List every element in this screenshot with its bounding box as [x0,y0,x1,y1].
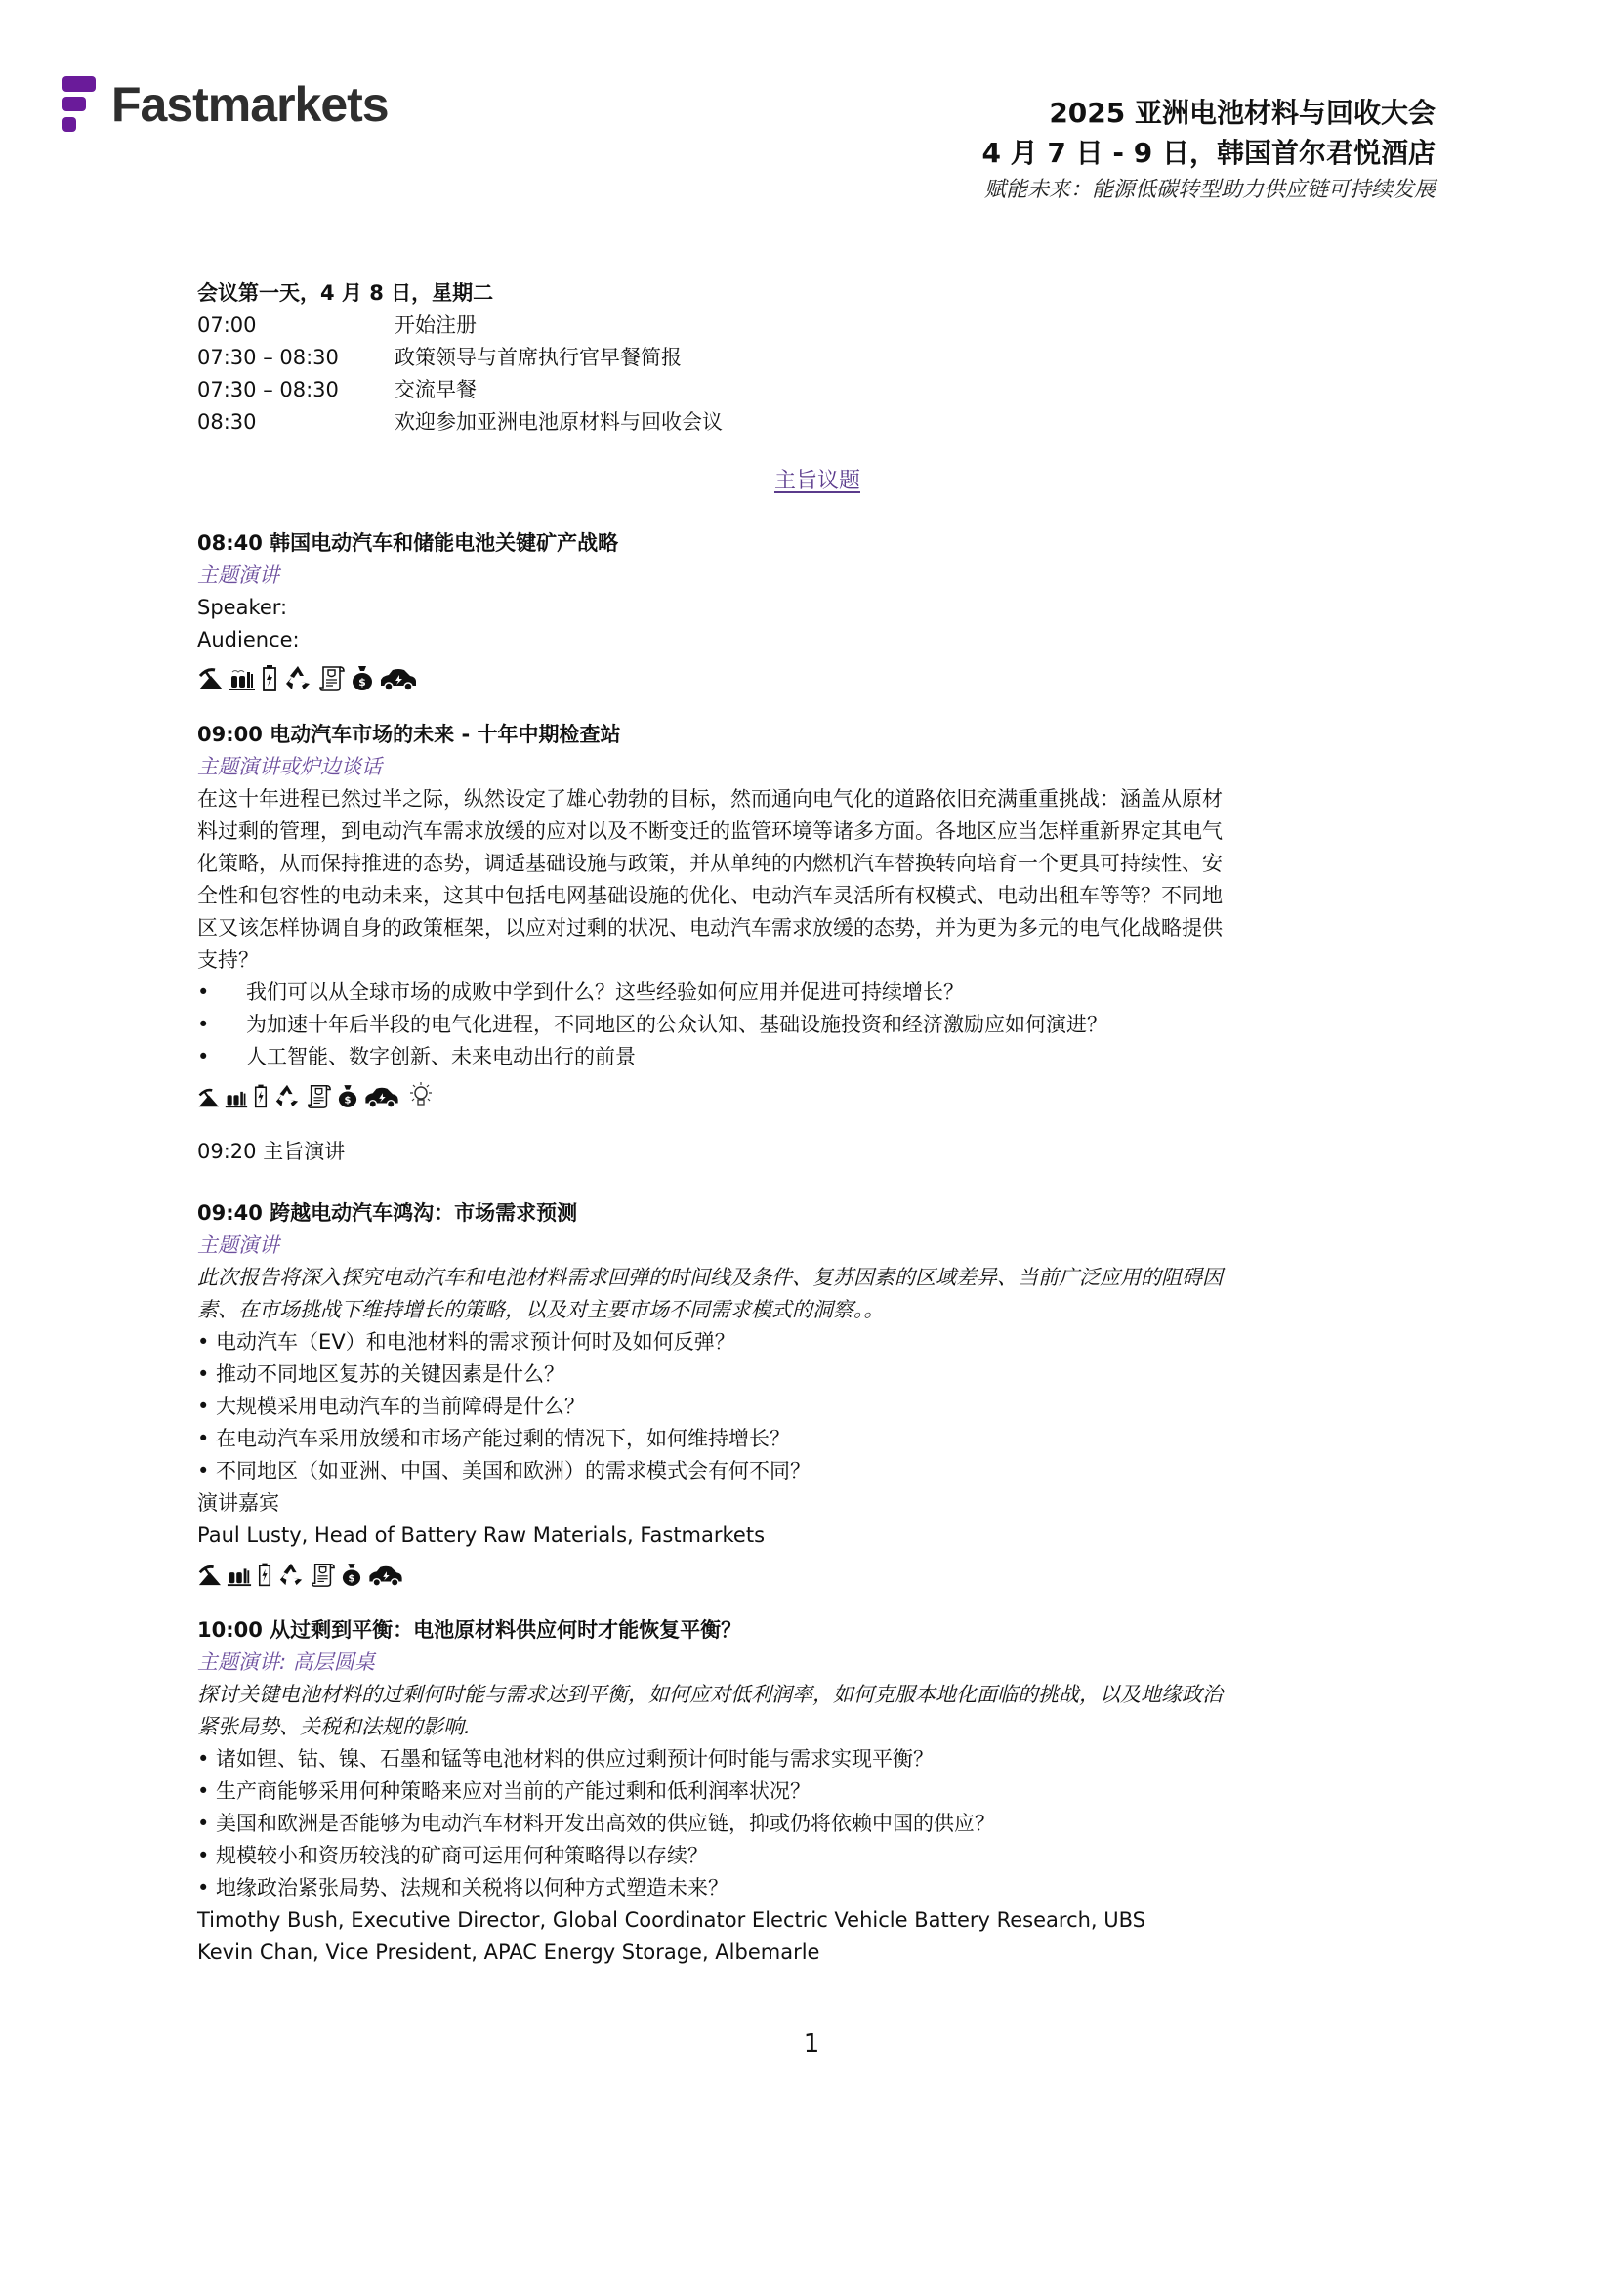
money-bag-icon: $ [338,1083,357,1108]
bullet-item: • 诸如锂、钴、镍、石墨和锰等电池材料的供应过剩预计何时能与需求实现平衡？ [197,1743,1437,1775]
event-dates-venue: 4 月 7 日 - 9 日，韩国首尔君悦酒店 [981,133,1436,174]
fastmarkets-logo-mark-icon [62,76,98,133]
battery-icon [258,1562,271,1587]
electric-car-icon [363,1085,400,1108]
agenda-content: 会议第一天，4 月 8 日，星期二 07:00 开始注册 07:30 – 08:… [197,277,1437,1996]
event-theme: 赋能未来：能源低碳转型助力供应链可持续发展 [981,174,1436,207]
schedule-label: 欢迎参加亚洲电池原材料与回收会议 [395,406,723,438]
refinery-factory-icon [229,664,256,691]
session-0920: 09:20 主旨演讲 [197,1136,1437,1168]
session-type: 主题演讲 [197,560,1437,592]
bullet-item: • 在电动汽车采用放缓和市场产能过剩的情况下，如何维持增长？ [197,1423,1437,1455]
day-schedule: 会议第一天，4 月 8 日，星期二 07:00 开始注册 07:30 – 08:… [197,277,1437,438]
battery-icon [262,664,277,691]
audience-label: Audience: [197,624,1437,656]
session-title: 09:00 电动汽车市场的未来 - 十年中期检查站 [197,719,1437,751]
schedule-row: 07:00 开始注册 [197,310,1437,342]
schedule-time: 07:30 – 08:30 [197,342,395,374]
description-line: 在这十年进程已然过半之际，纵然设定了雄心勃勃的目标，然而通向电气化的道路依旧充满… [197,783,1437,815]
bullet-item: • 地缘政治紧张局势、法规和关税将以何种方式塑造未来？ [197,1872,1437,1904]
description-line: 支持？ [197,944,1437,977]
speaker-name: Paul Lusty, Head of Battery Raw Material… [197,1520,1437,1552]
session-type: 主题演讲: 高层圆桌 [197,1647,1437,1679]
svg-text:$: $ [358,676,366,689]
session-description: 探讨关键电池材料的过剩何时能与需求达到平衡，如何应对低利润率，如何克服本地化面临… [197,1679,1437,1743]
session-0940: 09:40 跨越电动汽车鸿沟：市场需求预测 主题演讲 此次报告将深入探究电动汽车… [197,1197,1437,1587]
session-title: 08:40 韩国电动汽车和储能电池关键矿产战略 [197,527,1437,560]
page-number: 1 [0,2029,1623,2059]
svg-text:$: $ [345,1095,352,1106]
fastmarkets-logo: Fastmarkets [62,76,389,133]
bullet-item: • 规模较小和资历较浅的矿商可运用何种策略得以存续？ [197,1840,1437,1872]
bullet-item: •我们可以从全球市场的成败中学到什么？这些经验如何应用并促进可持续增长？ [197,977,1437,1009]
refinery-factory-icon [225,1085,248,1108]
schedule-row: 07:30 – 08:30 政策领导与首席执行官早餐简报 [197,342,1437,374]
description-line: 区又该怎样协调自身的政策框架，以应对过剩的状况、电动汽车需求放缓的态势，并为更为… [197,912,1437,944]
mining-pickaxe-icon [197,1564,221,1587]
audience-icons: $ [197,658,1437,691]
brand-name: Fastmarkets [111,80,389,129]
speaker-name: Kevin Chan, Vice President, APAC Energy … [197,1937,1437,1969]
lightbulb-innovation-icon [406,1081,436,1108]
recycling-icon [283,664,312,691]
bullet-item: • 生产商能够采用何种策略来应对当前的产能过剩和低利润率状况？ [197,1775,1437,1808]
session-description: 此次报告将深入探究电动汽车和电池材料需求回弹的时间线及条件、复苏因素的区域差异、… [197,1262,1437,1326]
schedule-row: 08:30 欢迎参加亚洲电池原材料与回收会议 [197,406,1437,438]
keynote-section-heading: 主旨议题 [197,464,1437,494]
bullet-item: • 电动汽车（EV）和电池材料的需求预计何时及如何反弹？ [197,1326,1437,1358]
description-line: 全性和包容性的电动未来，这其中包括电网基础设施的优化、电动汽车灵活所有权模式、电… [197,880,1437,912]
session-bullets: •我们可以从全球市场的成败中学到什么？这些经验如何应用并促进可持续增长？ •为加… [197,977,1437,1073]
session-0840: 08:40 韩国电动汽车和储能电池关键矿产战略 主题演讲 Speaker: Au… [197,527,1437,691]
description-line: 素、在市场挑战下维持增长的策略，以及对主要市场不同需求模式的洞察。。 [197,1294,1437,1326]
session-bullets: • 电动汽车（EV）和电池材料的需求预计何时及如何反弹？ • 推动不同地区复苏的… [197,1326,1437,1487]
refinery-factory-icon [227,1562,252,1587]
recycling-icon [277,1562,305,1587]
schedule-label: 开始注册 [395,310,477,342]
svg-text:$: $ [349,1573,355,1584]
session-description: 在这十年进程已然过半之际，纵然设定了雄心勃勃的目标，然而通向电气化的道路依旧充满… [197,783,1437,977]
schedule-time: 08:30 [197,406,395,438]
battery-icon [254,1083,268,1108]
bullet-item: • 不同地区（如亚洲、中国、美国和欧洲）的需求模式会有何不同？ [197,1455,1437,1487]
bullet-item: •人工智能、数字创新、未来电动出行的前景 [197,1041,1437,1073]
description-line: 探讨关键电池材料的过剩何时能与需求达到平衡，如何应对低利润率，如何克服本地化面临… [197,1679,1437,1711]
bullet-item: • 美国和欧洲是否能够为电动汽车材料开发出高效的供应链，抑或仍将依赖中国的供应？ [197,1808,1437,1840]
session-title: 09:40 跨越电动汽车鸿沟：市场需求预测 [197,1197,1437,1230]
session-type: 主题演讲或炉边谈话 [197,751,1437,783]
keynote-section-link[interactable]: 主旨议题 [774,469,860,493]
session-title: 09:20 主旨演讲 [197,1136,1437,1168]
audience-icons: $ [197,1075,1437,1108]
session-1000: 10:00 从过剩到平衡：电池原材料供应何时才能恢复平衡？ 主题演讲: 高层圆桌… [197,1614,1437,1969]
mining-pickaxe-icon [197,666,223,691]
bullet-item: •为加速十年后半段的电气化进程，不同地区的公众认知、基础设施投资和经济激励应如何… [197,1009,1437,1041]
policy-document-icon [311,1562,336,1587]
electric-car-icon [379,666,418,691]
schedule-time: 07:30 – 08:30 [197,374,395,406]
speaker-name: Timothy Bush, Executive Director, Global… [197,1904,1437,1937]
session-bullets: • 诸如锂、钴、镍、石墨和锰等电池材料的供应过剩预计何时能与需求实现平衡？ • … [197,1743,1437,1904]
electric-car-icon [367,1564,404,1587]
policy-document-icon [318,664,346,691]
session-type: 主题演讲 [197,1230,1437,1262]
event-title: 2025 亚洲电池材料与回收大会 [981,94,1436,133]
day-title: 会议第一天，4 月 8 日，星期二 [197,277,1437,310]
schedule-row: 07:30 – 08:30 交流早餐 [197,374,1437,406]
event-header: 2025 亚洲电池材料与回收大会 4 月 7 日 - 9 日，韩国首尔君悦酒店 … [981,94,1436,207]
bullet-item: • 大规模采用电动汽车的当前障碍是什么？ [197,1391,1437,1423]
description-line: 紧张局势、关税和法规的影响. [197,1711,1437,1743]
mining-pickaxe-icon [197,1087,219,1108]
schedule-label: 交流早餐 [395,374,477,406]
speaker-label: Speaker: [197,592,1437,624]
session-title: 10:00 从过剩到平衡：电池原材料供应何时才能恢复平衡？ [197,1614,1437,1647]
session-0900: 09:00 电动汽车市场的未来 - 十年中期检查站 主题演讲或炉边谈话 在这十年… [197,719,1437,1108]
recycling-icon [273,1083,301,1108]
bullet-item: • 推动不同地区复苏的关键因素是什么？ [197,1358,1437,1391]
description-line: 此次报告将深入探究电动汽车和电池材料需求回弹的时间线及条件、复苏因素的区域差异、… [197,1262,1437,1294]
money-bag-icon: $ [342,1562,361,1587]
policy-document-icon [307,1083,332,1108]
audience-icons: $ [197,1554,1437,1587]
schedule-time: 07:00 [197,310,395,342]
schedule-label: 政策领导与首席执行官早餐简报 [395,342,682,374]
description-line: 化策略，从而保持推进的态势，调适基础设施与政策，并从单纯的内燃机汽车替换转向培育… [197,848,1437,880]
description-line: 料过剩的管理，到电动汽车需求放缓的应对以及不断变迁的监管环境等诸多方面。各地区应… [197,815,1437,848]
money-bag-icon: $ [352,664,373,691]
speaker-heading: 演讲嘉宾 [197,1487,1437,1520]
